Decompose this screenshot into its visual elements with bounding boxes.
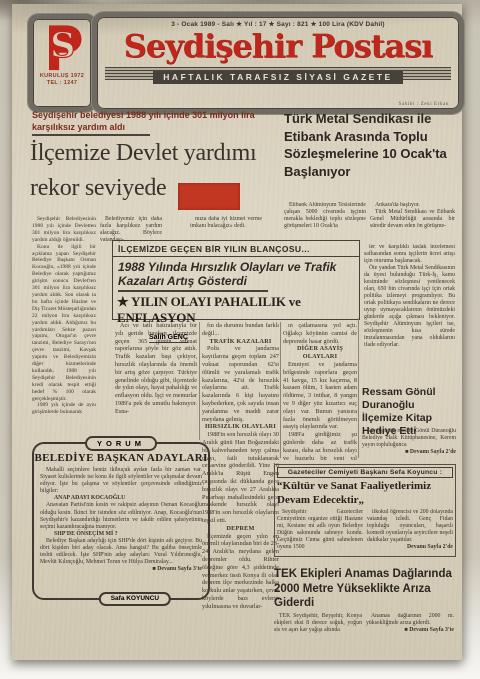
lead-column-a: Seydişehir Belediyesinin 1988 yılı içind… (32, 216, 96, 440)
yorum-body: Mahalli seçimlere henüz ikibuçuk aydan f… (34, 465, 208, 573)
body-paragraph: Mahalli seçimlere henüz ikibuçuk aydan f… (40, 467, 202, 495)
turkmetal-headline: Türk Metal Sendikası ile Etibank Arasınd… (284, 110, 456, 180)
yorum-signature: Safa KOYUNCU (99, 592, 171, 606)
tek-story: TEK Ekipleri Anamas Dağlarında 2000 Metr… (274, 567, 456, 651)
body-paragraph: 1989'a girdiğimiz şu günlerde daha az tr… (283, 431, 357, 460)
lead-kicker: Seydişehir belediyesi 1988 yılı içinde 3… (32, 110, 284, 133)
body-paragraph: fın da durumu bundan farklı değil... (202, 322, 279, 338)
continuation-marker: ■ Devamı Sayfa 3'te (40, 566, 202, 573)
newspaper-front-page: S KURULUŞ 1972 TEL : 1247 3 - Ocak 1989 … (12, 4, 462, 660)
body-paragraph: 1988'in son hırsızlık olayı 30 Aralık gü… (202, 431, 279, 525)
body-paragraph: Emniyet ve jandarma bölgesinde raporlara… (283, 361, 357, 431)
body-paragraph: Türk Metal Sendikası ve Etibank Genel Mü… (370, 209, 455, 230)
kultur-column-a: Seydişehir Gazeteciler Cemiyetinin organ… (277, 509, 363, 555)
section-heading: SHP'DE ÖNSEÇİM Mİ ? (40, 531, 202, 538)
continuation-marker: Devamı Sayfa 2'de (367, 544, 453, 551)
bilanco-banner: ★ YILIN OLAYI PAHALILIK ve ENFLASYON (113, 292, 359, 326)
kultur-column-b: ilkokul öğrencisi ve 200 dolayında vatan… (367, 509, 453, 555)
body-paragraph: Acı ve tatlı hatıralarıyla bir yılı geri… (115, 322, 197, 416)
body-paragraph: Anamas dağlarının 2000 m. yüksekliğinde … (366, 613, 454, 627)
bilanco-column-3: ın çatlamasına yol açtı. Oğlakçı köyünün… (283, 322, 357, 460)
body-paragraph: İlçemizde geçen yılın en önemli olayları… (202, 533, 279, 611)
column-rule (358, 318, 359, 458)
tagline: HAFTALIK TARAFSIZ SİYASİ GAZETE (153, 71, 402, 84)
body-paragraph: Belediye Başkan adaylığı için SHP'de dör… (40, 538, 202, 566)
kultur-box: Gazeteciler Cemiyeti Başkanı Sefa Koyunc… (274, 464, 456, 557)
bilanco-column-2: fın da durumu bundan farklı değil... TRA… (202, 322, 279, 656)
bilanco-column-1: Acı ve tatlı hatıralarıyla bir yılı geri… (115, 322, 197, 440)
continuation-marker: ■ Devamı Sayfa 3'te (366, 627, 454, 634)
body-paragraph: ın çatlamasına yol açtı. Oğlakçı köyünün… (283, 322, 357, 345)
tek-column-a: TEK Seydişehir, Beyşehir, Konya ekipleri… (274, 613, 362, 651)
masthead: 3 - Ocak 1989 - Salı ★ Yıl : 17 ★ Sayı :… (92, 12, 464, 114)
column-rule (280, 322, 281, 458)
lead-paragraph: 1989 yılı içinde de aynı girişimlerde bu… (32, 402, 96, 416)
newspaper-logo-box: S KURULUŞ 1972 TEL : 1247 (28, 14, 96, 112)
body-paragraph: Ankara'da başlıyor. (370, 202, 455, 209)
yorum-headline: BELEDİYE BAŞKAN ADAYLARI (34, 452, 208, 465)
tagline-banner: HAFTALIK TARAFSIZ SİYASİ GAZETE (105, 67, 451, 80)
yorum-box: YORUM BELEDİYE BAŞKAN ADAYLARI Mahalli s… (32, 442, 210, 600)
tek-headline: TEK Ekipleri Anamas Dağlarında 2000 Metr… (274, 567, 456, 611)
body-paragraph: Seydişehir'li ressam Gönül Duranoğlu Bel… (362, 428, 456, 449)
lead-paragraph: Seydişehir Belediyesinin 1988 yılı içind… (32, 216, 96, 244)
newspaper-title: Seydişehir Postası (97, 29, 459, 64)
scanned-newspaper-page: S KURULUŞ 1972 TEL : 1247 3 - Ocak 1989 … (0, 0, 480, 679)
sp-monogram-icon: S (40, 21, 84, 73)
turkmetal-column-a: Etibank Alüminyum Tesislerinde çalışan 5… (284, 202, 366, 240)
body-paragraph: Seydişehir Gazeteciler Cemiyetinin organ… (277, 509, 363, 551)
body-paragraph: Etibank Alüminyum Tesislerinde çalışan 5… (284, 202, 366, 230)
body-paragraph: Anavatan Partisi'nin kesin ve rakipsiz a… (40, 502, 202, 530)
ressam-body: Seydişehir'li ressam Gönül Duranoğlu Bel… (362, 428, 456, 463)
svg-text:S: S (50, 25, 75, 66)
lead-paragraph: Konu ile ilgili bir açıklama yapan Seydi… (32, 244, 96, 403)
phone-number: TEL : 1247 (33, 80, 91, 87)
section-heading: DEPREM (202, 525, 279, 533)
founding-year: KURULUŞ 1972 (33, 73, 91, 80)
section-heading: TRAFİK KAZALARI (202, 338, 279, 346)
kultur-headline: “Kültür ve Sanat Faaliyetlerimiz Devam E… (277, 480, 453, 507)
section-heading: DİĞER ASAYİŞ OLAYLARI (283, 345, 357, 361)
section-heading: HIRSIZLIK OLAYLARI (202, 423, 279, 431)
turkmetal-column-b: Ankara'da başlıyor. Türk Metal Sendikası… (370, 202, 455, 240)
body-paragraph: ler ve karşılıklı taslak incelemesi safh… (364, 244, 455, 265)
body-paragraph: ilkokul öğrencisi ve 200 dolayında vatan… (367, 509, 453, 544)
turkmetal-column-c: ler ve karşılıklı taslak incelemesi safh… (364, 244, 455, 386)
lead-paragraph: mıza daha iyi hizmet verme imkanı bulaca… (190, 216, 262, 230)
body-paragraph: TEK Seydişehir, Beyşehir, Konya ekipleri… (274, 613, 362, 634)
owner-line: Sahibi : Zeki Erkan (399, 102, 449, 107)
bilanco-headline: 1988 Yılında Hırsızlık Olayları ve Trafi… (113, 257, 359, 288)
continuation-marker: ■ Devamı Sayfa 2'de (362, 449, 456, 456)
bilanco-header-box: İLÇEMİZDE GEÇEN BİR YILIN BLANÇOSU... 19… (112, 240, 360, 320)
tek-column-b: Anamas dağlarının 2000 m. yüksekliğinde … (366, 613, 454, 651)
kultur-strip: Gazeteciler Cemiyeti Başkanı Sefa Koyunc… (277, 467, 453, 478)
body-paragraph: Polis ve jandarma kayıtlarına geçen topl… (202, 345, 279, 423)
lead-column-c: mıza daha iyi hizmet verme imkanı bulaca… (190, 216, 262, 240)
yorum-label: YORUM (85, 436, 157, 451)
red-accent-block (178, 183, 240, 210)
column-rule (199, 322, 200, 440)
bilanco-kicker: İLÇEMİZDE GEÇEN BİR YILIN BLANÇOSU... (113, 241, 359, 257)
lead-headline: İlçemize Devlet yardımı rekor seviyede (30, 136, 296, 206)
body-paragraph: Öte yandan Türk Metal Sendikasının da üy… (364, 265, 455, 349)
